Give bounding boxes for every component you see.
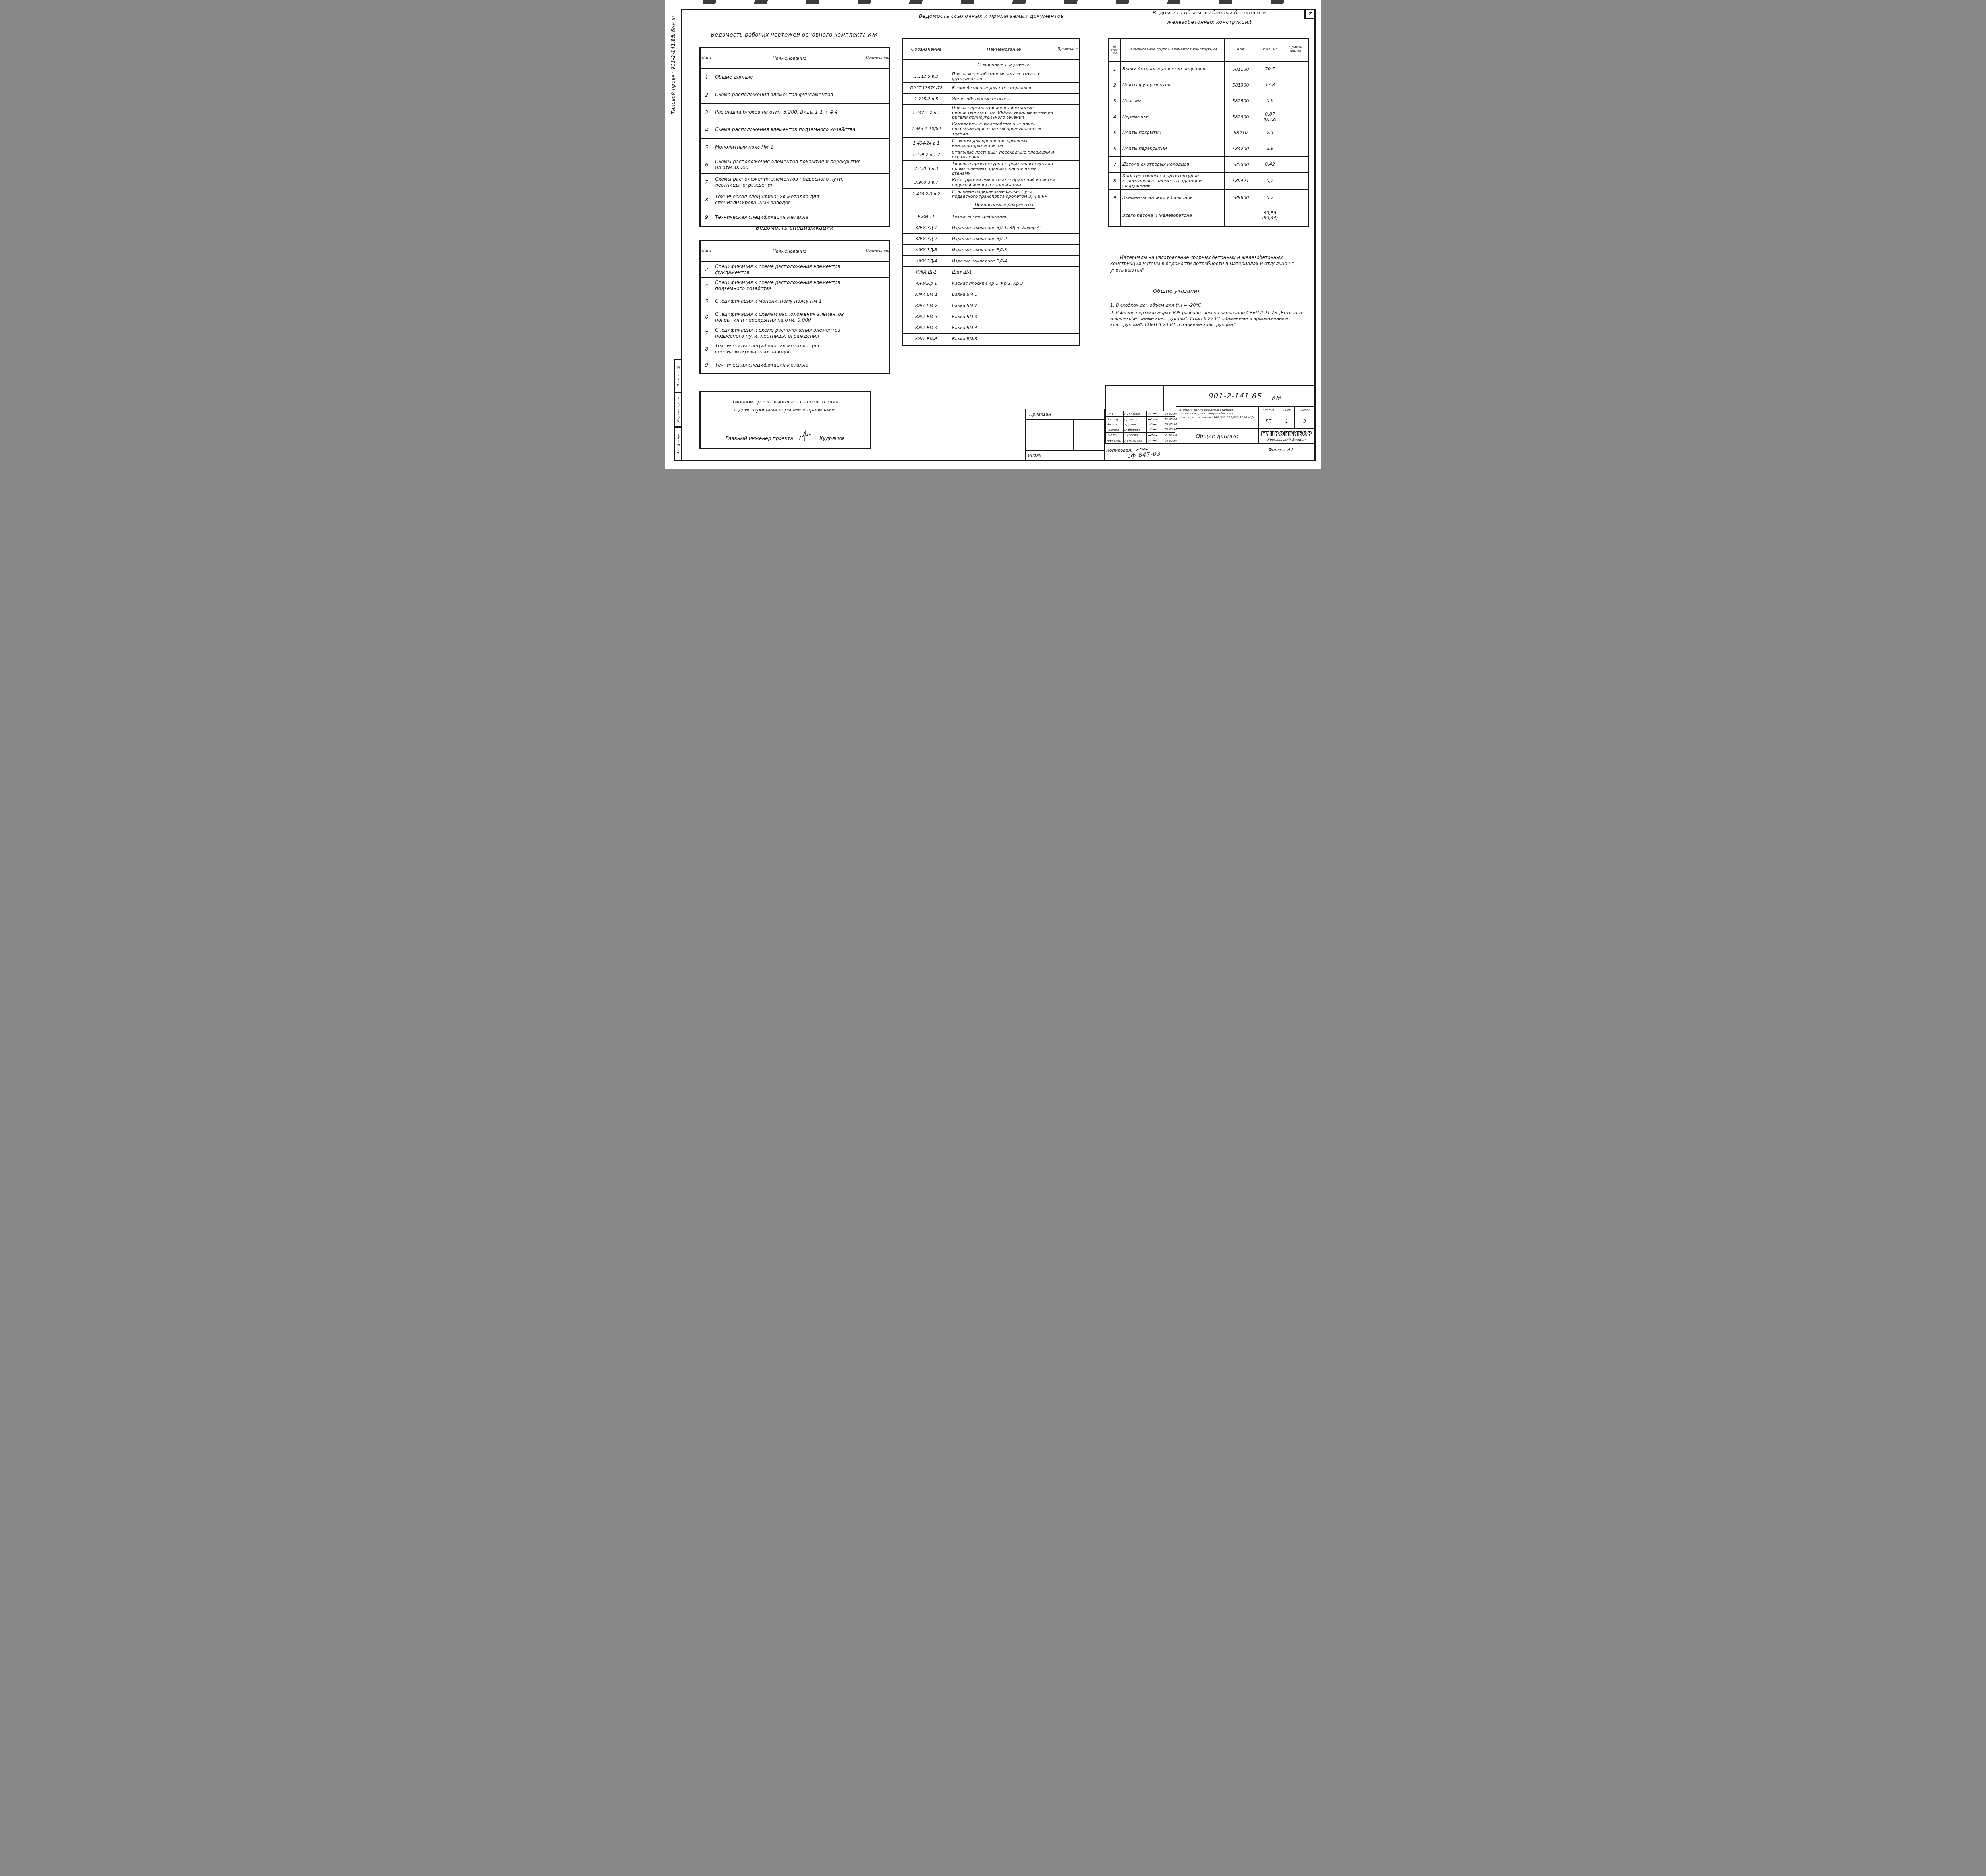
- note-cell: [866, 174, 889, 191]
- margin-box: Подпись и дата: [674, 392, 682, 427]
- note-cell: [1058, 334, 1079, 345]
- total-quantity-cell: 99,59 (99,44): [1257, 206, 1283, 226]
- empty-cell: [1087, 451, 1104, 460]
- signer-role: Н.контр: [1106, 417, 1123, 421]
- table-row: 2 Спецификация к схеме расположения элем…: [701, 262, 889, 278]
- table-row: 8 Техническая спецификация металла для с…: [701, 191, 889, 208]
- table-row: 5 Плиты покрытий 58410 5,4: [1109, 125, 1308, 141]
- table-row: 8 Конструктивные и архитектурно-строител…: [1109, 173, 1308, 190]
- signer-role: Гл.спец.: [1106, 427, 1123, 432]
- sheet-number-cell: 9: [701, 357, 713, 373]
- table-row: КЖИ.ЗД-1 Изделие закладное ЗД-1, ЗД-5. А…: [903, 222, 1079, 234]
- note-cell: [1058, 289, 1079, 300]
- table-header: Обозначение Наименование Примечание: [903, 39, 1079, 60]
- table-row: 4 Схема расположения элементов подземног…: [701, 121, 889, 139]
- table-row: КЖИ.БМ-5 Балка БМ-5: [903, 334, 1079, 345]
- table-body: 2 Спецификация к схеме расположения элем…: [701, 262, 889, 373]
- stage-value: РП: [1259, 413, 1279, 428]
- margin-box-label: Инв. № подл.: [676, 433, 680, 454]
- signer-name: Зубрилин: [1123, 427, 1146, 432]
- spec-list-table: Лист Наименование Примечание 2 Специфика…: [699, 240, 890, 374]
- sheet-number-cell: 6: [701, 156, 713, 173]
- name-text: Изделие закладное ЗД-2: [952, 237, 1007, 241]
- margin-box: Инв. № подл.: [674, 427, 682, 461]
- name-text: Каркас плоский Кр-1, Кр-2, Кр-3: [952, 281, 1023, 286]
- project-vertical-label: Типовой проект 901-2-141.85: [670, 35, 676, 114]
- name-cell: Спецификация к схемам расположения элеме…: [713, 309, 866, 325]
- chief-engineer-name: Кудряшов: [819, 436, 845, 441]
- note-cell: [866, 341, 889, 357]
- general-notes-title: Общие указания: [1121, 288, 1233, 294]
- drawing-title: Общие данные: [1176, 428, 1259, 443]
- name-cell: Плиты железобетонные для ленточных фунда…: [950, 71, 1058, 82]
- quantity-cell: 0,87 (0,72): [1257, 109, 1283, 125]
- table-row: 6 Спецификация к схемам расположения эле…: [701, 309, 889, 325]
- name-text: Ссылочные документы: [976, 62, 1032, 69]
- table-row: 1 Общие данные: [701, 69, 889, 86]
- name-text: Изделие закладное ЗД-3: [952, 248, 1007, 253]
- name-cell: Элементы лоджий и балконов: [1120, 190, 1224, 206]
- table-row: 1.112-5 в.2 Плиты железобетонные для лен…: [903, 71, 1079, 83]
- table-row: 8 Техническая спецификация металла для с…: [701, 341, 889, 357]
- designation-cell: КЖИ.ЗД-3: [903, 245, 950, 255]
- table-row: ГОСТ 13579-78 Блоки бетонные для стен по…: [903, 83, 1079, 94]
- name-cell: Блоки бетонные для стен подвалов: [1120, 62, 1224, 77]
- sheet-number-cell: 7: [701, 325, 713, 341]
- name-cell: Щит Щ-1: [950, 267, 1058, 278]
- name-text: Комплексные железобетонные плиты покрыти…: [952, 122, 1056, 136]
- name-cell: Балка БМ-4: [950, 322, 1058, 333]
- spec-list-title: Ведомость спецификаций: [699, 225, 890, 231]
- name-text: Балка БМ-2: [952, 303, 977, 308]
- general-notes: 1. В скобках дан объем для t°н = -20°С2.…: [1110, 303, 1304, 329]
- col-note: Примечание: [866, 241, 889, 261]
- name-cell: Техническая спецификация металла: [713, 357, 866, 373]
- chief-engineer-row: Главный инженер проекта Кудряшов: [701, 430, 870, 441]
- table-row: 5 Монолитный пояс Пм-1: [701, 139, 889, 156]
- general-note-item: 1. В скобках дан объем для t°н = -20°С: [1110, 303, 1304, 309]
- quantity-cell: 2,9: [1257, 141, 1283, 156]
- row-number-cell: 8: [1109, 173, 1120, 189]
- name-text: Балка БМ-5: [952, 337, 977, 342]
- note-cell: [1283, 141, 1308, 156]
- note-cell: [1058, 300, 1079, 311]
- name-cell: Балка БМ-1: [950, 289, 1058, 300]
- ref-docs-table: Обозначение Наименование Примечание Ссыл…: [902, 38, 1080, 346]
- col-note: Примечание: [1058, 39, 1079, 59]
- name-cell: Типовые архитектурно-строительные детали…: [950, 161, 1058, 177]
- note-cell: [1058, 200, 1079, 211]
- table-row: КЖИ.БМ-2 Балка БМ-2: [903, 300, 1079, 311]
- copied-label: Копировал:: [1106, 448, 1133, 453]
- signer-role: ГИП: [1106, 411, 1123, 416]
- name-cell: Прилагаемые документы: [950, 200, 1058, 211]
- name-cell: Железобетонные прогоны: [950, 94, 1058, 104]
- attach-inv-row: Инв.№: [1026, 450, 1104, 460]
- note-cell: [1058, 60, 1079, 71]
- quantity-cell: 5,4: [1257, 125, 1283, 141]
- note-cell: [866, 191, 889, 208]
- signer-rows: ГИП Кудряшов 28.05.84 Н.контр Крылова 28…: [1106, 411, 1175, 443]
- note-cell: [866, 309, 889, 325]
- margin-box: Взам. инв. №: [674, 359, 682, 392]
- note-cell: [1058, 105, 1079, 121]
- name-text: Типовые архитектурно-строительные детали…: [952, 162, 1056, 176]
- name-cell: Балка БМ-3: [950, 311, 1058, 322]
- attach-grid: [1026, 420, 1104, 450]
- total-row: Всего бетона и железобетона 99,59 (99,44…: [1109, 206, 1308, 226]
- signer-row: ГИП Кудряшов 28.05.84: [1106, 411, 1175, 417]
- name-cell: Монолитный пояс Пм-1: [713, 139, 866, 156]
- table-row: 1.494-24 в.1 Стаканы для крепления крышн…: [903, 138, 1079, 149]
- note-cell: [866, 357, 889, 373]
- note-cell: [1283, 93, 1308, 109]
- table-row: КЖИ.БМ-1 Балка БМ-1: [903, 289, 1079, 300]
- table-row: КЖИ.БМ-4 Балка БМ-4: [903, 322, 1079, 334]
- designation-cell: 1.426.2-3 в.2: [903, 189, 950, 200]
- margin-box-label: Подпись и дата: [676, 397, 680, 422]
- col-qty: Кол. м³: [1257, 39, 1283, 61]
- note-cell: [1058, 211, 1079, 222]
- name-cell: Блоки бетонные для стен подвалов: [950, 83, 1058, 93]
- table-row: КЖИ.ЗД-2 Изделие закладное ЗД-2: [903, 234, 1079, 245]
- signer-date: 28.05.84: [1164, 417, 1177, 421]
- code-cell: 58410: [1224, 125, 1257, 141]
- designation-cell: 1.459-2 в.1,2: [903, 149, 950, 160]
- note-cell: [1283, 125, 1308, 141]
- code-cell: 584200: [1224, 141, 1257, 156]
- signer-date: 28.05.84: [1164, 433, 1177, 438]
- name-text: Изделие закладное ЗД-4: [952, 259, 1007, 264]
- stage-label: Стадия: [1259, 407, 1279, 413]
- note-cell: [1058, 149, 1079, 160]
- designation-cell: КЖИ.ЗД-2: [903, 234, 950, 244]
- name-cell: Спецификация к схеме расположения элемен…: [713, 325, 866, 341]
- table-row: 1 Блоки бетонные для стен подвалов 58110…: [1109, 62, 1308, 77]
- signer-date: 28.05.84: [1164, 422, 1177, 427]
- document-mark: КЖ: [1272, 395, 1282, 401]
- col-note: Примечание: [866, 48, 889, 68]
- name-cell: Спецификация к схеме расположения элемен…: [713, 278, 866, 293]
- signature-icon: [1146, 411, 1164, 416]
- designation-cell: КЖИ.Щ-1: [903, 267, 950, 278]
- table-row: 5 Спецификация к монолитному поясу Пм-1: [701, 293, 889, 309]
- drawings-list-table: Лист Наименование Примечание 1 Общие дан…: [699, 47, 890, 227]
- sheet-number-cell: 1: [701, 69, 713, 86]
- table-row: 3 Прогоны 582500 0,6: [1109, 93, 1308, 109]
- signer-row: Рук.гр. Чудаева 28.05.84: [1106, 433, 1175, 438]
- chief-engineer-label: Главный инженер проекта: [726, 436, 793, 441]
- note-cell: [866, 104, 889, 121]
- note-cell: [1058, 278, 1079, 289]
- sheets-value: 9: [1294, 413, 1314, 428]
- sheet-value: 1: [1279, 413, 1294, 428]
- table-row: 9 Техническая спецификация металла: [701, 208, 889, 226]
- table-row: 7 Спецификация к схеме расположения элем…: [701, 325, 889, 341]
- sheet-number-cell: 2: [701, 262, 713, 277]
- sheet-number-cell: 5: [701, 293, 713, 309]
- sheet-label: Лист: [1279, 407, 1294, 413]
- col-name: Наименование: [713, 48, 866, 68]
- name-cell: Плиты покрытий: [1120, 125, 1224, 141]
- name-text: Стальные подкрановые балки. Пути подвесн…: [952, 189, 1056, 199]
- empty-cell: [1224, 206, 1257, 226]
- note-cell: [1058, 245, 1079, 255]
- signer-name: Крылова: [1123, 417, 1146, 421]
- drawing-sheet: 7 Альбом III Типовой проект 901-2-141.85…: [665, 0, 1321, 469]
- format-label: Формат А2: [1268, 447, 1293, 452]
- table-row: 4 Спецификация к схеме расположения элем…: [701, 278, 889, 293]
- name-cell: Раскладка блоков на отм. -3,200. Виды 1-…: [713, 104, 866, 121]
- stage-header: Стадия Лист Листов: [1259, 407, 1314, 413]
- name-text: Железобетонные прогоны: [952, 97, 1010, 102]
- row-number-cell: 3: [1109, 93, 1120, 109]
- note-cell: [1283, 173, 1308, 189]
- note-cell: [866, 69, 889, 86]
- name-cell: Спецификация к схеме расположения элемен…: [713, 262, 866, 277]
- designation-cell: КЖИ.ЗД-4: [903, 256, 950, 266]
- designation-cell: 1.225-2 в.5: [903, 94, 950, 104]
- signature-icon: [1146, 438, 1164, 443]
- code-cell: 582500: [1224, 93, 1257, 109]
- attach-block: Привязан Инв.№: [1025, 409, 1105, 461]
- designation-cell: КЖИ.БМ-3: [903, 311, 950, 322]
- name-cell: Схемы расположения элементов подвесного …: [713, 174, 866, 191]
- table-row: 2.430-3 в.3 Типовые архитектурно-строите…: [903, 161, 1079, 177]
- signature-icon: [1146, 417, 1164, 421]
- signers-block: ГИП Кудряшов 28.05.84 Н.контр Крылова 28…: [1106, 386, 1175, 443]
- signer-row: Инженер Лемтюгова 28.05.84: [1106, 438, 1175, 443]
- note-cell: [1058, 161, 1079, 177]
- sheet-number-cell: 3: [701, 104, 713, 121]
- project-description: Автоматические насосные станции противоп…: [1176, 407, 1259, 428]
- table-row: 9 Элементы лоджий и балконов 589800 0,7: [1109, 190, 1308, 206]
- table-row: КЖИ.ЗД-3 Изделие закладное ЗД-3: [903, 245, 1079, 256]
- drawings-list-title: Ведомость рабочих чертежей основного ком…: [701, 32, 888, 38]
- volumes-title-line1: Ведомость объемов сборных бетонных и: [1110, 10, 1309, 15]
- designation-cell: КЖИ.БМ-2: [903, 300, 950, 311]
- note-cell: [866, 325, 889, 341]
- table-body: Ссылочные документы 1.112-5 в.2 Плиты же…: [903, 60, 1079, 345]
- signer-date: 28.05.84: [1164, 438, 1177, 443]
- col-name: Наименование: [950, 39, 1058, 59]
- designation-cell: 2.430-3 в.3: [903, 161, 950, 177]
- ref-docs-title: Ведомость ссылочных и прилагаемых докуме…: [903, 14, 1080, 19]
- name-cell: Плиты перекрытий железобетонные ребристы…: [950, 105, 1058, 121]
- name-cell: Плиты фундаментов: [1120, 77, 1224, 93]
- name-cell: Изделие закладное ЗД-4: [950, 256, 1058, 266]
- code-cell: 589421: [1224, 173, 1257, 189]
- table-row: 6 Схемы расположения элементов покрытия …: [701, 156, 889, 174]
- signature-icon: [1146, 422, 1164, 427]
- sheet-number-cell: 2: [701, 86, 713, 103]
- sheet-number-cell: 4: [701, 121, 713, 138]
- margin-box-label: Взам. инв. №: [676, 365, 680, 386]
- name-text: Прилагаемые документы: [973, 203, 1035, 209]
- designation-cell: 3.900-3 в.7: [903, 177, 950, 188]
- table-body: 1 Общие данные 2 Схема расположения элем…: [701, 69, 889, 226]
- note-cell: [1058, 267, 1079, 278]
- col-note: Приме-чание: [1283, 39, 1308, 61]
- designation-cell: 1.494-24 в.1: [903, 138, 950, 149]
- name-text: Стаканы для крепления крышных вентилятор…: [952, 139, 1056, 148]
- quantity-cell: 17,8: [1257, 77, 1283, 93]
- note-cell: [866, 139, 889, 156]
- note-cell: [1283, 62, 1308, 77]
- table-row: Прилагаемые документы: [903, 200, 1079, 211]
- document-number-cell: 901-2-141.85 КЖ: [1176, 386, 1314, 407]
- name-cell: Схема расположения элементов подземного …: [713, 121, 866, 138]
- name-text: Конструкции емкостных сооружений и систе…: [952, 178, 1056, 187]
- code-cell: 585500: [1224, 157, 1257, 172]
- name-cell: Балка БМ-2: [950, 300, 1058, 311]
- table-row: 1.459-2 в.1,2 Стальные лестницы, переход…: [903, 149, 1079, 161]
- signer-row: Н.контр Крылова 28.05.84: [1106, 417, 1175, 422]
- name-text: Балка БМ-1: [952, 292, 977, 297]
- signature-icon: [797, 430, 815, 441]
- quantity-cell: 0,42: [1257, 157, 1283, 172]
- volumes-title-line2: железобетонных конструкций: [1110, 19, 1309, 25]
- row-number-cell: 9: [1109, 190, 1120, 206]
- note-cell: [1058, 94, 1079, 104]
- signer-row: Гл.спец. Зубрилин 28.05.84: [1106, 427, 1175, 432]
- code-cell: 589800: [1224, 190, 1257, 206]
- table-row: 7 Схемы расположения элементов подвесног…: [701, 174, 889, 191]
- name-cell: Технические требования: [950, 211, 1058, 222]
- sheet-number-cell: 8: [701, 341, 713, 357]
- signer-role: Рук.гр.: [1106, 433, 1123, 438]
- name-cell: Каркас плоский Кр-1, Кр-2, Кр-3: [950, 278, 1058, 289]
- note-cell: [866, 262, 889, 277]
- name-cell: Конструктивные и архитектурно-строительн…: [1120, 173, 1224, 189]
- designation-cell: КЖИ.БМ-4: [903, 322, 950, 333]
- table-row: 1.426.2-3 в.2 Стальные подкрановые балки…: [903, 189, 1079, 200]
- general-note-item: 2. Рабочие чертежи марки КЖ разработаны …: [1110, 310, 1304, 328]
- title-block: ГИП Кудряшов 28.05.84 Н.контр Крылова 28…: [1105, 385, 1316, 444]
- note-cell: [866, 278, 889, 293]
- signer-name: Чудаев: [1123, 422, 1146, 427]
- name-cell: Стаканы для крепления крышных вентилятор…: [950, 138, 1058, 149]
- name-text: Плиты железобетонные для ленточных фунда…: [952, 72, 1056, 81]
- signer-name: Лемтюгова: [1123, 438, 1146, 443]
- organization-cell: ГИПРОПРИБОР Ярославский филиал: [1259, 428, 1314, 443]
- col-sheet: Лист: [701, 48, 713, 68]
- table-row: КЖИ.ЗД-4 Изделие закладное ЗД-4: [903, 256, 1079, 267]
- note-cell: [866, 156, 889, 173]
- attach-label: Привязан: [1026, 409, 1104, 420]
- statement-line1: Типовой проект выполнен в соответствии: [701, 399, 870, 405]
- name-text: Стальные лестницы, переходные площадки и…: [952, 150, 1056, 160]
- row-number-cell: 6: [1109, 141, 1120, 156]
- quantity-cell: 70,7: [1257, 62, 1283, 77]
- col-sheet: Лист: [701, 241, 713, 261]
- row-number-cell: 5: [1109, 125, 1120, 141]
- name-cell: Изделие закладное ЗД-1, ЗД-5. Анкер А1: [950, 222, 1058, 233]
- col-code: Код: [1224, 39, 1257, 61]
- signature-icon: [1146, 427, 1164, 432]
- organization-branch: Ярославский филиал: [1267, 438, 1306, 442]
- row-number-cell: 4: [1109, 109, 1120, 125]
- note-cell: [1058, 322, 1079, 333]
- note-cell: [1058, 138, 1079, 149]
- col-designation: Обозначение: [903, 39, 950, 59]
- name-cell: Техническая спецификация металла для спе…: [713, 341, 866, 357]
- note-cell: [1058, 83, 1079, 93]
- note-cell: [866, 121, 889, 138]
- row-number-cell: 1: [1109, 62, 1120, 77]
- col-name: Наименование группы элементов конструкци…: [1120, 39, 1224, 61]
- sheet-number-cell: 4: [701, 278, 713, 293]
- total-label-cell: Всего бетона и железобетона: [1120, 206, 1224, 226]
- quantity-cell: 0,7: [1257, 190, 1283, 206]
- code-cell: 581100: [1224, 62, 1257, 77]
- changes-grid: [1106, 386, 1175, 411]
- signer-role: Инженер: [1106, 438, 1123, 443]
- designation-cell: 1.465.1-10/82: [903, 121, 950, 137]
- designation-cell: ГОСТ 13579-78: [903, 83, 950, 93]
- name-cell: Изделие закладное ЗД-3: [950, 245, 1058, 255]
- name-text: Плиты перекрытий железобетонные ребристы…: [952, 106, 1056, 120]
- stamp-right: 901-2-141.85 КЖ Автоматические насосные …: [1176, 386, 1314, 443]
- sheet-number-cell: 7: [701, 174, 713, 191]
- designation-cell: КЖИ.ТТ: [903, 211, 950, 222]
- designation-cell: КЖИ.Кр-1: [903, 278, 950, 289]
- name-cell: Балка БМ-5: [950, 334, 1058, 345]
- note-cell: [866, 86, 889, 103]
- code-cell: 581300: [1224, 77, 1257, 93]
- name-text: Изделие закладное ЗД-1, ЗД-5. Анкер А1: [952, 226, 1042, 230]
- name-cell: Плиты перекрытий: [1120, 141, 1224, 156]
- table-row: 1.465.1-10/82 Комплексные железобетонные…: [903, 121, 1079, 137]
- name-cell: Ссылочные документы: [950, 60, 1058, 71]
- note-cell: [1058, 311, 1079, 322]
- signer-row: Нач.отд. Чудаев 28.05.84: [1106, 422, 1175, 427]
- note-cell: [866, 208, 889, 226]
- table-header: Лист Наименование Примечание: [701, 48, 889, 69]
- name-cell: Спецификация к монолитному поясу Пм-1: [713, 293, 866, 309]
- signer-date: 28.05.84: [1164, 411, 1177, 416]
- table-row: КЖИ.Щ-1 Щит Щ-1: [903, 267, 1079, 278]
- signer-role: Нач.отд.: [1106, 422, 1123, 427]
- statement-box: Типовой проект выполнен в соответствии с…: [699, 391, 871, 449]
- materials-note: „Материалы на изготовление сборных бетон…: [1110, 254, 1306, 273]
- note-cell: [1058, 177, 1079, 188]
- stage-block: Стадия Лист Листов РП 1 9: [1259, 407, 1314, 428]
- document-number: 901-2-141.85: [1208, 392, 1262, 400]
- quantity-cell: 0,2: [1257, 173, 1283, 189]
- designation-cell: [903, 200, 950, 211]
- table-row: 7 Детали смотровых колодцев 585500 0,42: [1109, 157, 1308, 173]
- designation-cell: 1.112-5 в.2: [903, 71, 950, 82]
- empty-cell: [1109, 206, 1120, 226]
- name-cell: Техническая спецификация металла для спе…: [713, 191, 866, 208]
- designation-cell: КЖИ.ЗД-1: [903, 222, 950, 233]
- signer-name: Кудряшов: [1123, 411, 1146, 416]
- name-text: Балка БМ-3: [952, 315, 977, 319]
- designation-cell: КЖИ.БМ-1: [903, 289, 950, 300]
- name-cell: Схема расположения элементов фундаментов: [713, 86, 866, 103]
- table-row: 1.225-2 в.5 Железобетонные прогоны: [903, 94, 1079, 105]
- table-header: № стро-ки Наименование группы элементов …: [1109, 39, 1308, 62]
- table-row: 9 Техническая спецификация металла: [701, 357, 889, 373]
- organization-name: ГИПРОПРИБОР: [1261, 431, 1312, 437]
- note-cell: [1058, 189, 1079, 200]
- note-cell: [1283, 157, 1308, 172]
- sheet-number-cell: 5: [701, 139, 713, 156]
- row-number-cell: 7: [1109, 157, 1120, 172]
- inv-number-label: Инв.№: [1026, 451, 1071, 460]
- note-cell: [1283, 190, 1308, 206]
